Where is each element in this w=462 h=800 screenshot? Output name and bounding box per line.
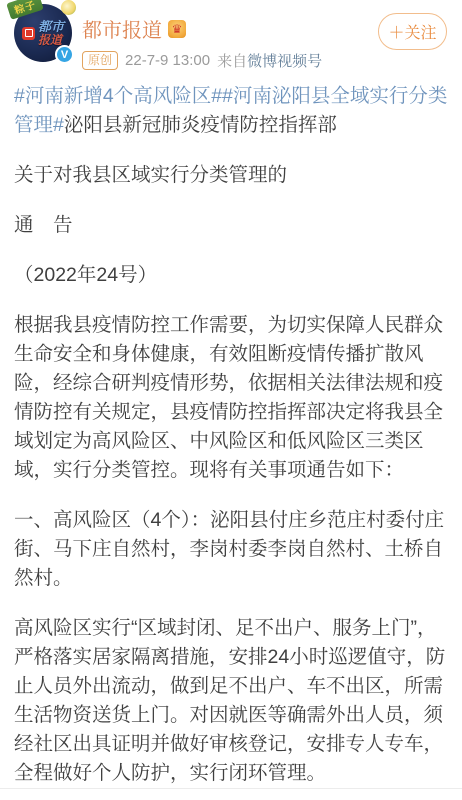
post-paragraph-highrisk-rules: 高风险区实行“区域封闭、足不出户、服务上门”，严格落实居家隔离措施，安排24小时… <box>14 614 448 788</box>
avatar-text-line1: 都市 <box>38 20 64 33</box>
post-paragraph-intro: 根据我县疫情防控工作需要，为切实保障人民群众生命安全和身体健康，有效阻断疫情传播… <box>14 311 448 485</box>
original-tag: 原创 <box>82 51 118 70</box>
avatar-pendant-ornament-icon <box>61 0 76 15</box>
play-logo-icon <box>22 27 35 40</box>
bottom-divider <box>0 788 462 789</box>
follow-button[interactable]: ＋关注 <box>378 13 447 50</box>
avatar[interactable]: 粽子 都市 报道 V <box>14 4 72 62</box>
post-header: 粽子 都市 报道 V 都市报道 ♛ 原创 22-7-9 13:00 来自微博视频… <box>0 0 462 70</box>
hashtag-link-1[interactable]: #河南新增4个高风险区# <box>14 85 222 107</box>
avatar-text-line2: 报道 <box>38 34 64 46</box>
verified-badge-icon: V <box>55 45 74 64</box>
post-title-issuer: 泌阳县新冠肺炎疫情防控指挥部 <box>64 114 337 136</box>
vip-crown-icon: ♛ <box>168 20 186 38</box>
timestamp: 22-7-9 13:00 <box>125 52 210 69</box>
post-paragraph-highrisk-list: 一、高风险区（4个）：泌阳县付庄乡范庄村委付庄街、马下庄自然村，李岗村委李岗自然… <box>14 506 448 593</box>
post-paragraph-notice: 通 告 <box>14 211 448 240</box>
post-paragraph-number: （2022年24号） <box>14 261 448 290</box>
source-link[interactable]: 微博视频号 <box>247 53 322 70</box>
username[interactable]: 都市报道 <box>82 14 162 43</box>
post-paragraph-hashtags: #河南新增4个高风险区##河南泌阳县全域实行分类管理#泌阳县新冠肺炎疫情防控指挥… <box>14 82 448 140</box>
source-prefix: 来自 <box>217 53 247 70</box>
post-paragraph-subject: 关于对我县区域实行分类管理的 <box>14 161 448 190</box>
post-content: #河南新增4个高风险区##河南泌阳县全域实行分类管理#泌阳县新冠肺炎疫情防控指挥… <box>0 82 462 788</box>
